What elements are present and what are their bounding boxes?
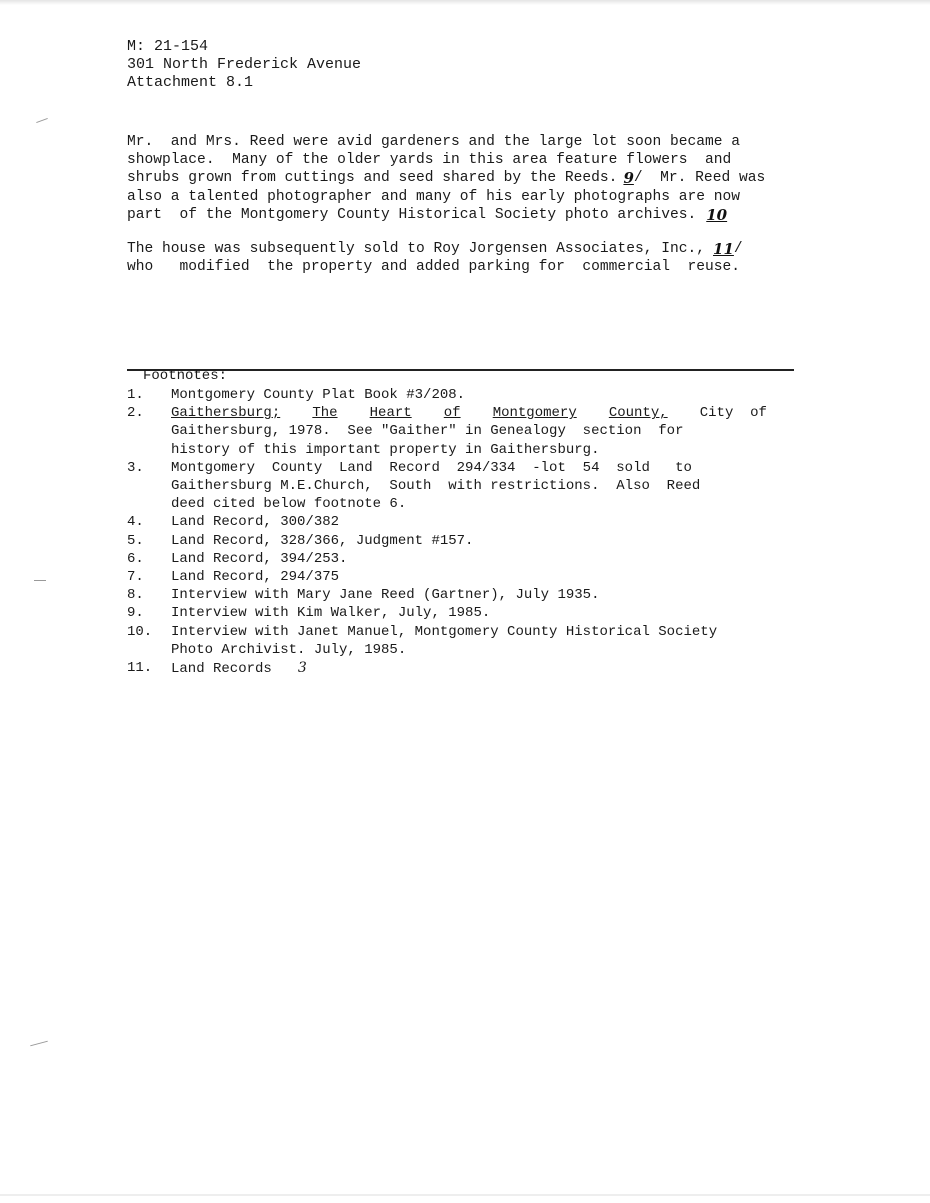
book-title: Gaithersburg;: [171, 404, 280, 422]
footnote-text: Gaithersburg; The Heart of Montgomery Co…: [171, 404, 767, 422]
footnote-item: 11.Land Records3: [127, 659, 767, 678]
footnote-mark: 11: [713, 240, 734, 258]
margin-mark: [30, 1041, 48, 1047]
book-title: County,: [609, 404, 668, 422]
footnote-mark: 10: [706, 206, 727, 224]
footnote-item: 3. Montgomery County Land Record 294/334…: [127, 459, 767, 514]
margin-mark: [36, 118, 48, 123]
footnote-item: 6.Land Record, 394/253.: [127, 550, 767, 568]
book-title: Montgomery: [493, 404, 577, 422]
footnote-number: 1.: [127, 386, 171, 404]
scan-top-edge: [0, 0, 930, 5]
text-line: Mr. and Mrs. Reed were avid gardeners an…: [127, 133, 767, 151]
margin-mark: [34, 580, 46, 581]
footnote-text: Interview with Mary Jane Reed (Gartner),…: [171, 586, 767, 604]
footnote-mark: 9: [623, 169, 633, 187]
footnotes-title: Footnotes:: [143, 367, 227, 385]
text-segment: The house was subsequently sold to Roy J…: [127, 240, 705, 258]
footnote-text: deed cited below footnote 6.: [171, 495, 767, 513]
text-segment: part of the Montgomery County Historical…: [127, 206, 696, 224]
footnote-number: 4.: [127, 513, 171, 531]
scan-bottom-edge: [0, 1194, 930, 1196]
footnote-number: 8.: [127, 586, 171, 604]
text-line: shrubs grown from cuttings and seed shar…: [127, 169, 802, 187]
footnote-item: 2. Gaithersburg; The Heart of Montgomery…: [127, 404, 767, 459]
footnotes-list: 1. Montgomery County Plat Book #3/208. 2…: [127, 386, 767, 678]
document-header: M: 21-154 301 North Frederick Avenue Att…: [127, 38, 361, 92]
text-line: part of the Montgomery County Historical…: [127, 206, 767, 224]
footnote-text: Land Records: [171, 661, 272, 677]
footnote-text: Photo Archivist. July, 1985.: [171, 641, 767, 659]
footnote-number: 3.: [127, 459, 171, 514]
paragraph-gardeners: Mr. and Mrs. Reed were avid gardeners an…: [127, 133, 767, 224]
footnote-number: 5.: [127, 532, 171, 550]
handwritten-page-number: 3: [298, 660, 307, 676]
footnote-text: Montgomery County Plat Book #3/208.: [171, 386, 767, 404]
footnote-number: 10.: [127, 623, 171, 659]
book-title: of: [444, 404, 461, 422]
site-number: M: 21-154: [127, 38, 361, 56]
footnote-item: 7.Land Record, 294/375: [127, 568, 767, 586]
text-line: also a talented photographer and many of…: [127, 188, 767, 206]
footnote-text: Land Record, 394/253.: [171, 550, 767, 568]
footnote-item: 1. Montgomery County Plat Book #3/208.: [127, 386, 767, 404]
text-line: who modified the property and added park…: [127, 258, 767, 276]
footnote-number: 6.: [127, 550, 171, 568]
attachment-label: Attachment 8.1: [127, 74, 361, 92]
footnote-text: Land Record, 294/375: [171, 568, 767, 586]
footnote-text: history of this important property in Ga…: [171, 441, 767, 459]
footnote-number: 2.: [127, 404, 171, 459]
footnote-number: 7.: [127, 568, 171, 586]
footnote-text: Land Record, 300/382: [171, 513, 767, 531]
footnote-item: 5.Land Record, 328/366, Judgment #157.: [127, 532, 767, 550]
footnote-item: 8.Interview with Mary Jane Reed (Gartner…: [127, 586, 767, 604]
footnote-text: Land Record, 328/366, Judgment #157.: [171, 532, 767, 550]
address: 301 North Frederick Avenue: [127, 56, 361, 74]
text-segment: shrubs grown from cuttings and seed shar…: [127, 169, 617, 187]
footnote-text: Gaithersburg, 1978. See "Gaither" in Gen…: [171, 422, 767, 440]
footnote-item: 9.Interview with Kim Walker, July, 1985.: [127, 604, 767, 622]
footnote-text: City of: [700, 404, 767, 422]
footnote-item: 10.Interview with Janet Manuel, Montgome…: [127, 623, 767, 659]
text-line: The house was subsequently sold to Roy J…: [127, 240, 767, 258]
footnote-number: 11.: [127, 659, 171, 678]
text-line: showplace. Many of the older yards in th…: [127, 151, 767, 169]
book-title: Heart: [370, 404, 412, 422]
paragraph-sale: The house was subsequently sold to Roy J…: [127, 240, 767, 276]
footnote-text: Montgomery County Land Record 294/334 -l…: [171, 459, 767, 477]
footnote-text: Interview with Kim Walker, July, 1985.: [171, 604, 767, 622]
footnote-text: Gaithersburg M.E.Church, South with rest…: [171, 477, 767, 495]
text-segment: / Mr. Reed was: [634, 169, 765, 187]
footnote-item: 4.Land Record, 300/382: [127, 513, 767, 531]
footnote-divider: [127, 369, 794, 371]
footnote-text: Interview with Janet Manuel, Montgomery …: [171, 623, 767, 641]
book-title: The: [312, 404, 337, 422]
footnote-number: 9.: [127, 604, 171, 622]
